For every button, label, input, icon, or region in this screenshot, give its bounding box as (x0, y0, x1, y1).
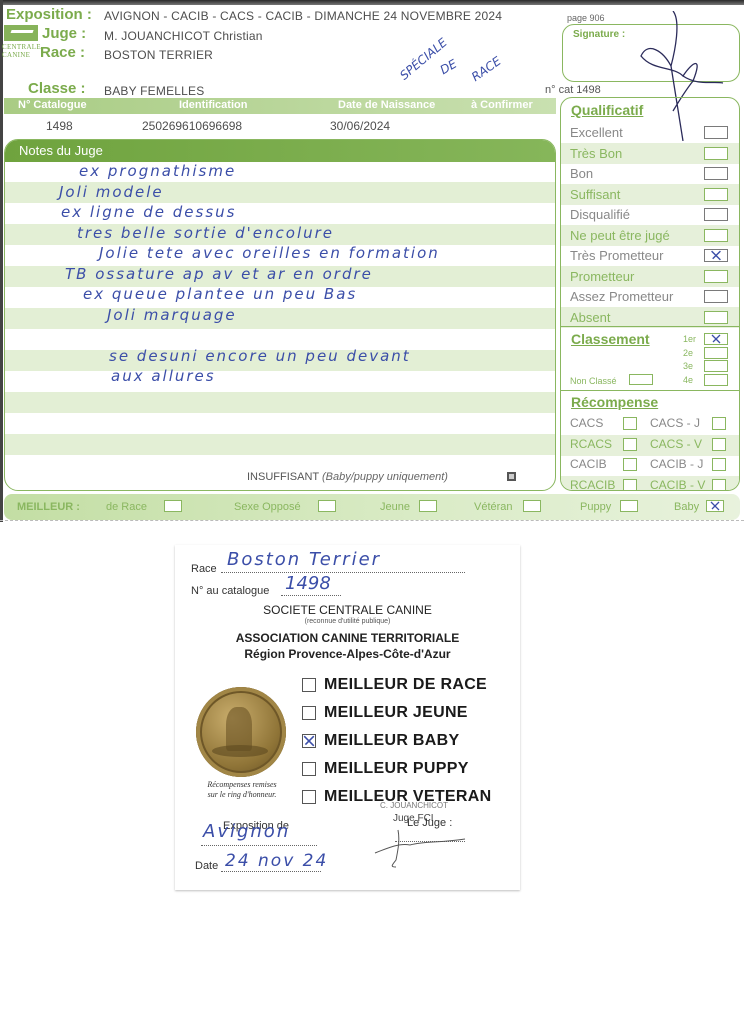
meilleur-checkbox[interactable] (164, 500, 182, 512)
qualificatif-checkbox[interactable] (704, 270, 728, 283)
classement-title: Classement (571, 331, 650, 347)
recompense-title: Récompense (571, 394, 658, 410)
dotted-line (281, 595, 341, 596)
page-number: page 906 (567, 13, 605, 23)
cell-catalogue: 1498 (46, 119, 73, 133)
recompense-checkbox[interactable] (623, 438, 637, 451)
catalogue-number-ref: n° cat 1498 (545, 84, 601, 96)
date-label: Date (195, 860, 218, 872)
exposition-value: AVIGNON - CACIB - CACS - CACIB - DIMANCH… (104, 9, 502, 23)
note-line: Joli marquage (107, 306, 237, 324)
qualificatif-item[interactable]: Suffisant (561, 184, 739, 205)
award-checkbox[interactable] (302, 706, 316, 720)
award-label: MEILLEUR BABY (324, 732, 459, 750)
meilleur-checkbox[interactable] (620, 500, 638, 512)
recompense-checkbox[interactable] (623, 458, 637, 471)
qualificatif-label: Suffisant (570, 187, 620, 202)
note-line: TB ossature ap av et ar en ordre (65, 265, 373, 283)
qualificatif-label: Très Bon (570, 146, 622, 161)
recompense-checkbox[interactable] (712, 458, 726, 471)
recompense-label: CACS - V (650, 437, 702, 451)
award-label: MEILLEUR DE RACE (324, 676, 487, 694)
note-line: Jolie tete avec oreilles en formation (99, 244, 440, 262)
signature-label: Signature : (573, 29, 625, 40)
signature-box[interactable]: Signature : (562, 24, 740, 82)
award-checkbox[interactable] (302, 762, 316, 776)
qualificatif-checkbox[interactable] (704, 290, 728, 303)
qualificatif-label: Excellent (570, 125, 623, 140)
juge-value: M. JOUANCHICOT Christian (104, 29, 263, 43)
meilleur-item-label: Baby (674, 501, 699, 513)
handwritten-note: SPÉCIALE (397, 35, 450, 82)
dotted-line (221, 871, 321, 872)
qualificatif-checkbox[interactable] (704, 311, 728, 324)
recompense-label: CACIB - J (650, 457, 703, 471)
dotted-line (221, 572, 465, 573)
recompense-checkbox[interactable] (712, 438, 726, 451)
dotted-line (201, 845, 317, 846)
centrale-canine-logo-icon (4, 25, 38, 41)
rank-label: 3e (683, 361, 693, 371)
qualificatif-item[interactable]: Très Prometteur (561, 245, 739, 266)
catalogue-label: N° au catalogue (191, 585, 269, 597)
logo-text: CENTRALECANINE (2, 43, 41, 59)
rank-checkbox[interactable] (704, 374, 728, 386)
meilleur-item-label: Vétéran (474, 501, 513, 513)
note-line: ex queue plantee un peu Bas (83, 285, 357, 303)
qualificatif-checkbox[interactable] (704, 249, 728, 262)
recompense-label: CACS (570, 416, 603, 430)
qualificatif-label: Disqualifié (570, 207, 630, 222)
note-line: Joli modele (59, 183, 164, 201)
medal-icon (196, 687, 286, 777)
rank-checkbox[interactable] (704, 333, 728, 345)
judge-report-sheet: Exposition : AVIGNON - CACIB - CACS - CA… (0, 0, 744, 522)
meilleur-label: MEILLEUR : (17, 501, 80, 513)
classe-value: BABY FEMELLES (104, 84, 204, 98)
meilleur-item-label: Puppy (580, 501, 611, 513)
qualificatif-label: Absent (570, 310, 610, 325)
ruled-stripe (5, 392, 555, 413)
cell-identification: 250269610696698 (142, 119, 242, 133)
qualificatif-panel: Qualificatif ExcellentTrès BonBonSuffisa… (560, 97, 740, 491)
qualificatif-item[interactable]: Assez Prometteur (561, 286, 739, 307)
qualificatif-checkbox[interactable] (704, 126, 728, 139)
meilleur-checkbox[interactable] (706, 500, 724, 512)
notes-title: Notes du Juge (19, 143, 103, 158)
meilleur-item-label: Sexe Opposé (234, 501, 301, 513)
notes-header: Notes du Juge (5, 140, 555, 162)
rank-checkbox[interactable] (704, 360, 728, 372)
rank-label: 1er (683, 334, 696, 344)
exposition-handwritten: Avignon (203, 821, 290, 842)
qualificatif-label: Ne peut être jugé (570, 228, 670, 243)
catalogue-table-header: N° Catalogue Identification Date de Nais… (4, 98, 556, 114)
qualificatif-item[interactable]: Bon (561, 163, 739, 184)
award-label: MEILLEUR PUPPY (324, 760, 469, 778)
torn-edge (0, 520, 744, 524)
qualificatif-item[interactable]: Très Bon (561, 143, 739, 164)
org-region: Région Provence-Alpes-Côte-d'Azur (175, 647, 520, 661)
meilleur-checkbox[interactable] (419, 500, 437, 512)
qualificatif-label: Très Prometteur (570, 248, 663, 263)
rank-checkbox[interactable] (704, 347, 728, 359)
race-value: BOSTON TERRIER (104, 48, 213, 62)
award-checkbox[interactable] (302, 678, 316, 692)
handwritten-note: DE (438, 57, 460, 78)
qualificatif-checkbox[interactable] (704, 188, 728, 201)
qualificatif-checkbox[interactable] (704, 229, 728, 242)
rank-label: 4e (683, 375, 693, 385)
catalogue-handwritten: 1498 (285, 573, 331, 594)
note-line: tres belle sortie d'encolure (77, 224, 334, 242)
meilleur-item-label: de Race (106, 501, 147, 513)
award-checkbox[interactable] (302, 734, 316, 748)
qualificatif-label: Assez Prometteur (570, 289, 673, 304)
insuffisant-label: INSUFFISANT (Baby/puppy uniquement) (247, 471, 448, 483)
note-line: se desuni encore un peu devant (109, 347, 411, 365)
qualificatif-item[interactable]: Prometteur (561, 266, 739, 287)
qualificatif-checkbox[interactable] (704, 147, 728, 160)
note-line: aux allures (111, 367, 216, 385)
scan-edge (0, 0, 3, 522)
divider (561, 326, 739, 327)
ruled-stripe (5, 308, 555, 329)
col-identification: Identification (179, 99, 247, 111)
award-label: MEILLEUR JEUNE (324, 704, 468, 722)
meilleur-checkbox[interactable] (318, 500, 336, 512)
recompense-label: CACIB (570, 457, 607, 471)
judge-notes-panel[interactable]: Notes du Juge ex prognathismeJoli modele… (4, 139, 556, 491)
rank-label: 2e (683, 348, 693, 358)
recompense-checkbox[interactable] (623, 417, 637, 430)
col-birthdate: Date de Naissance (338, 99, 435, 111)
qualificatif-checkbox[interactable] (704, 167, 728, 180)
recompense-checkbox[interactable] (712, 479, 726, 492)
non-classe-label: Non Classé (570, 376, 617, 386)
recompense-label: CACIB - V (650, 478, 705, 492)
recompense-label: CACS - J (650, 416, 700, 430)
cell-birthdate: 30/06/2024 (330, 119, 390, 133)
qualificatif-checkbox[interactable] (704, 208, 728, 221)
juge-label: Juge : (42, 25, 86, 42)
judge-signature-icon (370, 825, 470, 870)
race-label: Race (191, 563, 217, 575)
qualificatif-label: Prometteur (570, 269, 634, 284)
qualificatif-item[interactable]: Ne peut être jugé (561, 225, 739, 246)
meilleur-item-label: Jeune (380, 501, 410, 513)
recompense-checkbox[interactable] (712, 417, 726, 430)
exposition-label: Exposition : (6, 6, 92, 23)
recompense-checkbox[interactable] (623, 479, 637, 492)
qualificatif-label: Bon (570, 166, 593, 181)
col-to-confirm: à Confirmer (471, 99, 533, 111)
divider (561, 390, 739, 391)
recompense-label: RCACS (570, 437, 612, 451)
non-classe-checkbox[interactable] (629, 374, 653, 385)
classe-label: Classe : (28, 80, 86, 97)
col-catalogue: N° Catalogue (18, 99, 87, 111)
judge-stamp: C. JOUANCHICOT (380, 801, 448, 810)
date-handwritten: 24 nov 24 (225, 851, 328, 871)
org-act: ASSOCIATION CANINE TERRITORIALE (175, 631, 520, 645)
handwritten-note: RACE (469, 54, 504, 84)
rosette-card: Race Boston Terrier N° au catalogue 1498… (175, 545, 520, 890)
race-label: Race : (40, 44, 85, 61)
medal-caption: Récompenses remisessur le ring d'honneur… (187, 780, 297, 800)
race-handwritten: Boston Terrier (227, 549, 381, 570)
recompense-label: RCACIB (570, 478, 615, 492)
note-line: ex ligne de dessus (61, 203, 236, 221)
org-scc: SOCIETE CENTRALE CANINE (175, 603, 520, 617)
note-line: ex prognathisme (79, 162, 236, 180)
qualificatif-item[interactable]: Absent (561, 307, 739, 328)
qualificatif-item[interactable]: Disqualifié (561, 204, 739, 225)
meilleur-bar: MEILLEUR : de RaceSexe OpposéJeuneVétéra… (4, 494, 740, 520)
qualificatif-title: Qualificatif (571, 102, 643, 118)
insuffisant-checkbox[interactable] (507, 472, 516, 481)
scan-edge (0, 0, 744, 5)
org-scc-sub: (reconnue d'utilité publique) (175, 618, 520, 625)
qualificatif-item[interactable]: Excellent (561, 122, 739, 143)
meilleur-checkbox[interactable] (523, 500, 541, 512)
ruled-stripe (5, 434, 555, 455)
award-checkbox[interactable] (302, 790, 316, 804)
